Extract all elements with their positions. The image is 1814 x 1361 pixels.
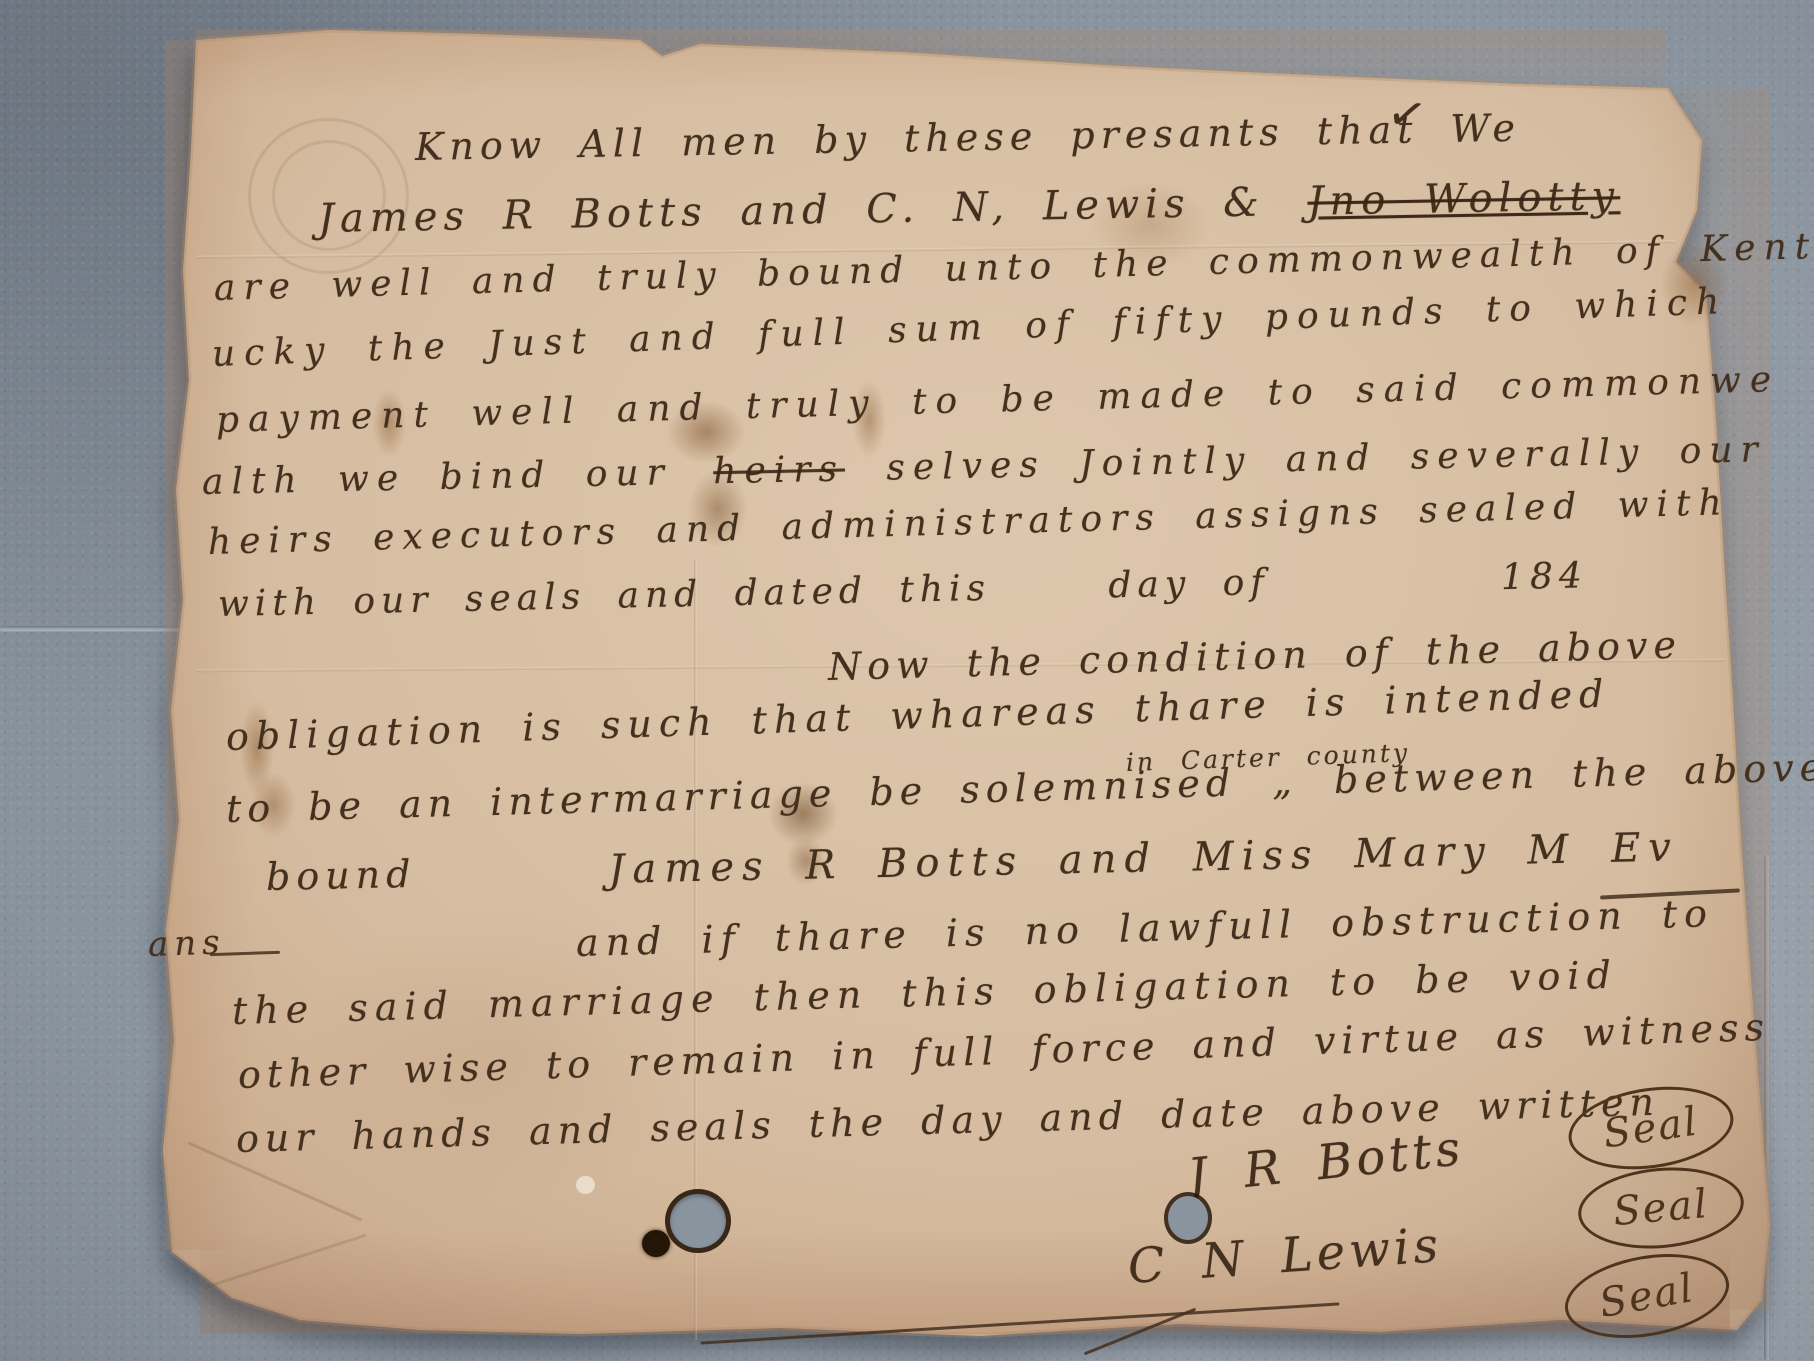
paper-hole [1168,1196,1208,1240]
struck-word: heirs [713,449,846,493]
year-fragment: 184 [1501,555,1589,598]
burn-spot [642,1230,670,1257]
seal-label: Seal [1596,1265,1698,1327]
margin-continuation: ans [147,925,226,963]
seal-label: Seal [1611,1181,1710,1235]
photo-of-document: Know All men by these presants that We J… [0,0,1814,1361]
insertion-caret: „ [1272,759,1299,804]
white-spot [576,1176,595,1194]
struck-out-name: Jno Wolotty [1307,173,1620,224]
line-text: bound [266,852,417,899]
paper-hole [670,1194,726,1248]
blank-day-label: day of [1108,562,1270,606]
seal-label: Seal [1600,1099,1701,1158]
margin-word: ans [147,922,226,965]
